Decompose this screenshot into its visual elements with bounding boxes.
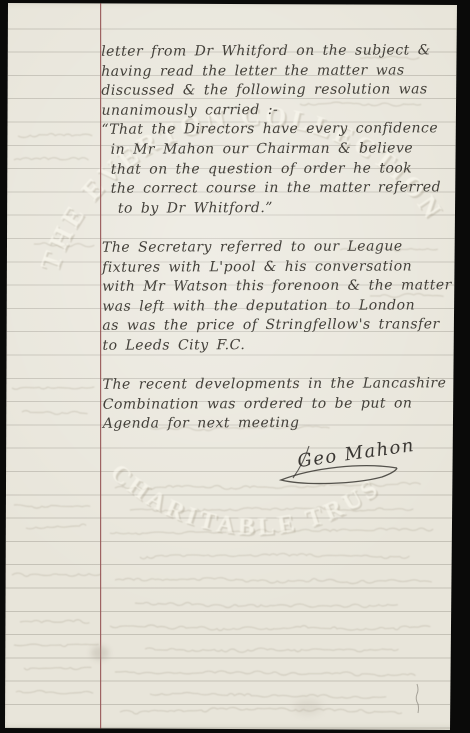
- manuscript-line: The recent developments in the Lancashir…: [103, 374, 455, 395]
- manuscript-line: fixtures with L'pool & his conversation: [102, 257, 454, 278]
- minutes-paragraph: letter from Dr Whitford on the subject &…: [101, 41, 454, 219]
- ghost-writing-line: [115, 578, 432, 584]
- ghost-writing-line: [120, 707, 402, 714]
- ghost-writing-line: [150, 693, 386, 699]
- minutes-paragraph: The recent developments in the Lancashir…: [103, 374, 455, 434]
- manuscript-line: to by Dr Whitford.”: [102, 198, 454, 219]
- ghost-writing-line: [135, 602, 398, 607]
- ghost-writing-line: [18, 134, 92, 138]
- ghost-writing-line: [34, 243, 94, 247]
- ghost-writing-line: [24, 667, 91, 670]
- ghost-writing-line: [14, 157, 89, 160]
- manuscript-line: the correct course in the matter referre…: [102, 178, 454, 199]
- smudge-mark: [294, 699, 322, 715]
- manuscript-line: having read the letter the matter was: [101, 61, 453, 82]
- ghost-writing-line: [22, 411, 88, 415]
- ghost-writing-line: [14, 644, 99, 646]
- manuscript-line: with Mr Watson this forenoon & the matte…: [102, 276, 454, 297]
- manuscript-line: Combination was ordered to be put on: [103, 394, 455, 415]
- manuscript-line: unanimously carried :-: [101, 100, 453, 121]
- manuscript-line: “That the Directors have every confidenc…: [101, 120, 453, 141]
- ghost-writing-line: [20, 620, 89, 624]
- ghost-writing-line: [12, 573, 101, 576]
- ghost-writing-line: [140, 553, 409, 558]
- ghost-writing-line: [26, 524, 86, 529]
- minutes-paragraph: The Secretary referred to our League fix…: [102, 237, 455, 356]
- notebook-page: THE EVERTON COLLECTION THE EVERTON COLLE…: [0, 0, 470, 733]
- ghost-writing-line: [16, 691, 93, 694]
- minutes-text: letter from Dr Whitford on the subject &…: [101, 41, 455, 434]
- ghost-writing-line: [14, 505, 90, 508]
- ghost-writing-line: [110, 528, 433, 534]
- manuscript-line: letter from Dr Whitford on the subject &: [101, 41, 453, 62]
- manuscript-line: was left with the deputation to London: [102, 296, 454, 317]
- ghost-writing-line: [145, 648, 399, 652]
- ghost-writing-line: [130, 507, 413, 512]
- ghost-writing-line: [115, 482, 421, 489]
- chairman-signature: Geo Mahon: [296, 435, 416, 472]
- manuscript-line: Agenda for next meeting: [103, 414, 455, 435]
- manuscript-line: that on the question of order he took: [102, 159, 454, 180]
- manuscript-line: discussed & the following resolution was: [101, 80, 453, 101]
- manuscript-line: as was the price of Stringfellow's trans…: [102, 316, 454, 337]
- ink-scratch-mark: [416, 684, 418, 713]
- ghost-writing-line: [110, 625, 430, 631]
- ghost-writing-line: [12, 387, 94, 389]
- manuscript-line: to Leeds City F.C.: [102, 335, 454, 356]
- manuscript-line: The Secretary referred to our League: [102, 237, 454, 258]
- manuscript-line: in Mr Mahon our Chairman & believe: [102, 139, 454, 160]
- ghost-writing-line: [115, 671, 415, 676]
- scanned-minute-book-photo: { "page": { "kind": "handwritten minute …: [0, 0, 470, 733]
